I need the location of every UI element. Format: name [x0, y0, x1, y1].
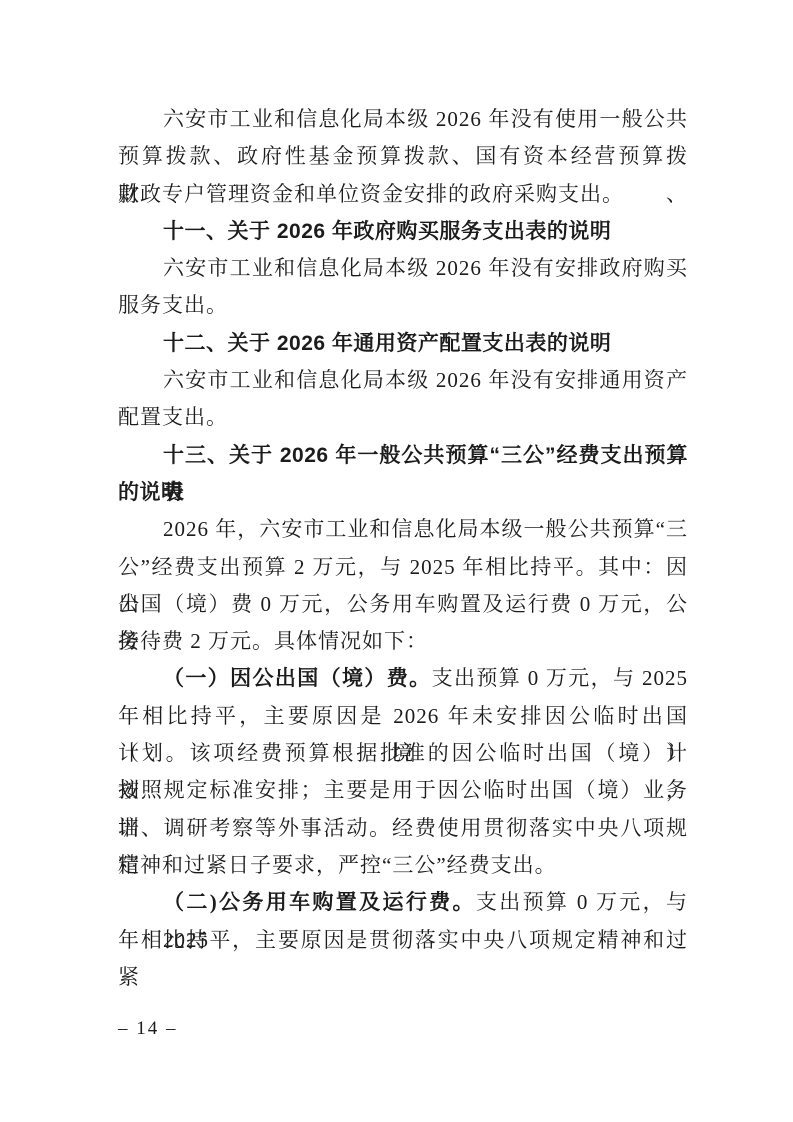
run-in-heading-item-1: （一）因公出国（境）费。 — [163, 666, 432, 690]
text-line: 年相比持平，主要原因是贯彻落实中央八项规定精神和过紧 — [118, 922, 688, 959]
text-line: 2026 年，六安市工业和信息化局本级一般公共预算“三 — [118, 511, 688, 548]
text-line: 服务支出。 — [118, 287, 688, 324]
text-line: 计划。该项经费预算根据批准的因公临时出国（境）计划， — [118, 735, 688, 772]
page-number: – 14 – — [118, 1018, 178, 1040]
text-line: 精神和过紧日子要求，严控“三公”经费支出。 — [118, 847, 688, 884]
document-body: 六安市工业和信息化局本级 2026 年没有使用一般公共 预算拨款、政府性基金预算… — [118, 101, 688, 959]
section-heading-11: 十一、关于 2026 年政府购买服务支出表的说明 — [118, 213, 688, 250]
text-line: （一）因公出国（境）费。支出预算 0 万元，与 2025 — [118, 660, 688, 697]
text-line: 配置支出。 — [118, 399, 688, 436]
document-page: 六安市工业和信息化局本级 2026 年没有使用一般公共 预算拨款、政府性基金预算… — [0, 0, 793, 1122]
text-line: 六安市工业和信息化局本级 2026 年没有安排政府购买 — [118, 250, 688, 287]
text-line: 出国（境）费 0 万元，公务用车购置及运行费 0 万元，公务 — [118, 586, 688, 623]
text-line: 六安市工业和信息化局本级 2026 年没有使用一般公共 — [118, 101, 688, 138]
text-line: 接待费 2 万元。具体情况如下： — [118, 623, 688, 660]
run-in-heading-item-2: （二)公务用车购置及运行费。 — [163, 890, 476, 914]
text-line: 训、调研考察等外事活动。经费使用贯彻落实中央八项规定 — [118, 810, 688, 847]
text-line: 公”经费支出预算 2 万元，与 2025 年相比持平。其中：因公 — [118, 549, 688, 586]
text-segment: 支出预算 0 万元，与 2025 — [432, 666, 688, 690]
section-heading-12: 十二、关于 2026 年通用资产配置支出表的说明 — [118, 325, 688, 362]
text-line: 按照规定标准安排；主要是用于因公临时出国（境）业务培 — [118, 772, 688, 809]
text-line: 财政专户管理资金和单位资金安排的政府采购支出。 — [118, 176, 688, 213]
text-line: 年相比持平，主要原因是 2026 年未安排因公临时出国（境） — [118, 698, 688, 735]
text-line: 六安市工业和信息化局本级 2026 年没有安排通用资产 — [118, 362, 688, 399]
text-line: （二)公务用车购置及运行费。支出预算 0 万元，与 2025 — [118, 884, 688, 921]
text-line: 预算拨款、政府性基金预算拨款、国有资本经营预算拨款、 — [118, 138, 688, 175]
section-heading-13-continued: 的说明 — [118, 474, 688, 511]
section-heading-13: 十三、关于 2026 年一般公共预算“三公”经费支出预算表 — [118, 437, 688, 474]
